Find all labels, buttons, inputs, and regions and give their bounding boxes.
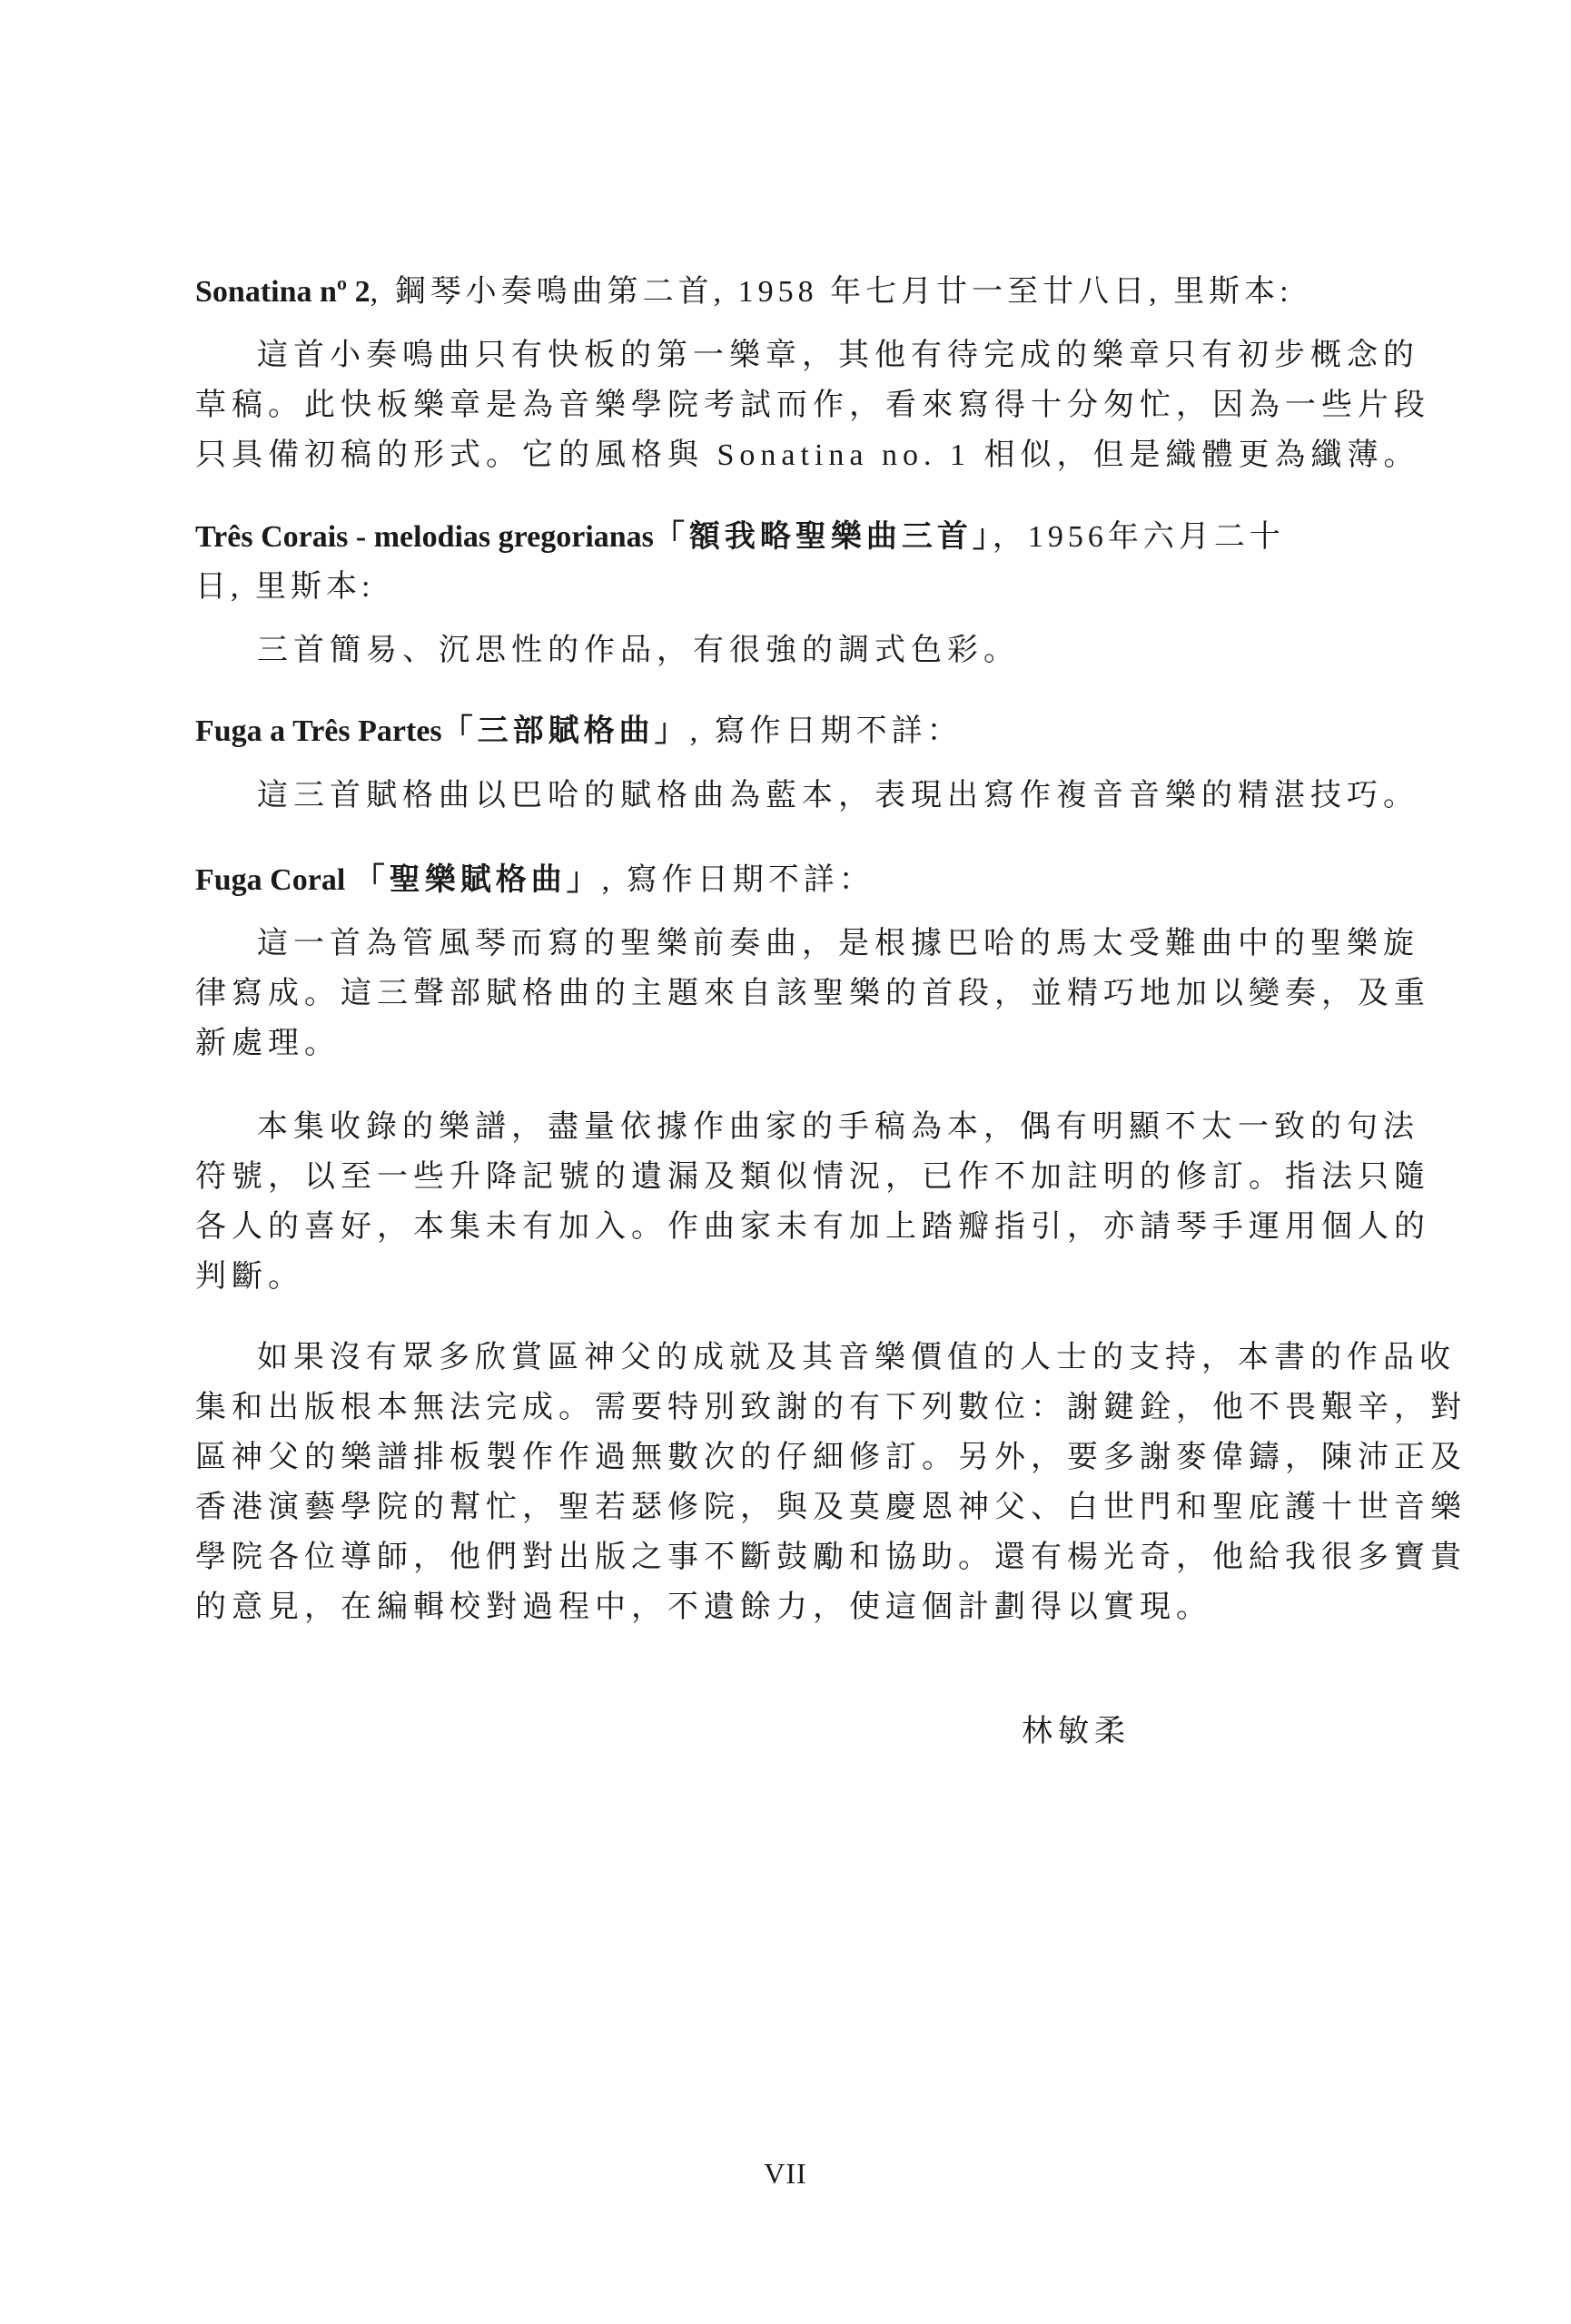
editorial-note-line: 本集收錄的樂譜，盡量依據作曲家的手稿為本，偶有明顯不太一致的句法 (257, 1109, 1326, 1146)
paragraph-line: 這三首賦格曲以巴哈的賦格曲為藍本，表現出寫作複音音樂的精湛技巧。 (257, 778, 1326, 814)
document-page: Sonatina nº 2, 鋼琴小奏鳴曲第二首, 1958 年七月廿一至廿八日… (0, 0, 1571, 2324)
paragraph-line: 新處理。 (195, 1026, 1326, 1062)
heading-title-chinese: 「三部賦格曲」 (442, 714, 690, 748)
acknowledgement-line: 如果沒有眾多欣賞區神父的成就及其音樂價值的人士的支持，本書的作品收 (257, 1340, 1326, 1376)
paragraph-line: 草稿。此快板樂章是為音樂學院考試而作，看來寫得十分匆忙，因為一些片段 (195, 388, 1326, 424)
section-heading-continuation: 日, 里斯本: (195, 569, 1326, 606)
acknowledgement-line: 的意見，在編輯校對過程中，不遺餘力，使這個計劃得以實現。 (195, 1590, 1326, 1626)
acknowledgement-line: 香港演藝學院的幫忙，聖若瑟修院，與及莫慶恩神父、白世門和聖庇護十世音樂 (195, 1490, 1326, 1526)
paragraph-line: 三首簡易、沉思性的作品，有很強的調式色彩。 (257, 633, 1326, 669)
paragraph-line: 律寫成。這三聲部賦格曲的主題來自該聖樂的首段，並精巧地加以變奏，及重 (195, 976, 1326, 1012)
section-heading-tres-corais: Três Corais - melodias gregorianas「額我略聖樂… (195, 519, 1326, 556)
heading-detail: 日, 里斯本: (195, 570, 374, 604)
heading-title: Sonatina nº 2 (195, 275, 371, 309)
page-number: VII (0, 2155, 1571, 2191)
acknowledgement-line: 區神父的樂譜排板製作作過無數次的仔細修訂。另外，要多謝麥偉鑄，陳沛正及 (195, 1440, 1326, 1476)
section-heading-sonatina-2: Sonatina nº 2, 鋼琴小奏鳴曲第二首, 1958 年七月廿一至廿八日… (195, 274, 1326, 310)
heading-detail: ，1956年六月二十 (993, 520, 1285, 554)
editorial-note-line: 各人的喜好，本集未有加入。作曲家未有加上踏瓣指引，亦請琴手運用個人的 (195, 1209, 1326, 1246)
editorial-note-line: 判斷。 (195, 1259, 1326, 1295)
heading-title: Fuga Coral (195, 863, 345, 897)
heading-title: Fuga a Três Partes (195, 714, 442, 748)
acknowledgement-line: 集和出版根本無法完成。需要特別致謝的有下列數位：謝鍵銓，他不畏艱辛，對 (195, 1390, 1326, 1426)
section-heading-fuga-coral: Fuga Coral 「聖樂賦格曲」, 寫作日期不詳： (195, 862, 1326, 899)
paragraph-line: 只具備初稿的形式。它的風格與 Sonatina no. 1 相似，但是織體更為纖… (195, 438, 1326, 474)
paragraph-line: 這一首為管風琴而寫的聖樂前奏曲，是根據巴哈的馬太受難曲中的聖樂旋 (257, 926, 1326, 962)
heading-title-chinese: 「額我略聖樂曲三首」 (654, 520, 993, 554)
heading-detail: , 寫作日期不詳： (690, 714, 963, 748)
acknowledgement-line: 學院各位導師，他們對出版之事不斷鼓勵和協助。還有楊光奇，他給我很多寶貴 (195, 1540, 1326, 1576)
section-heading-fuga-tres-partes: Fuga a Três Partes「三部賦格曲」, 寫作日期不詳： (195, 714, 1326, 750)
heading-detail: , 鋼琴小奏鳴曲第二首, 1958 年七月廿一至廿八日, 里斯本: (371, 275, 1293, 309)
heading-detail: , 寫作日期不詳： (602, 863, 874, 897)
heading-title-chinese: 「聖樂賦格曲」 (354, 863, 602, 897)
heading-title: Três Corais - melodias gregorianas (195, 520, 654, 554)
editorial-note-line: 符號，以至一些升降記號的遺漏及類似情況，已作不加註明的修訂。指法只隨 (195, 1159, 1326, 1196)
author-signature: 林敏柔 (1022, 1714, 1131, 1750)
paragraph-line: 這首小奏鳴曲只有快板的第一樂章，其他有待完成的樂章只有初步概念的 (257, 338, 1326, 374)
